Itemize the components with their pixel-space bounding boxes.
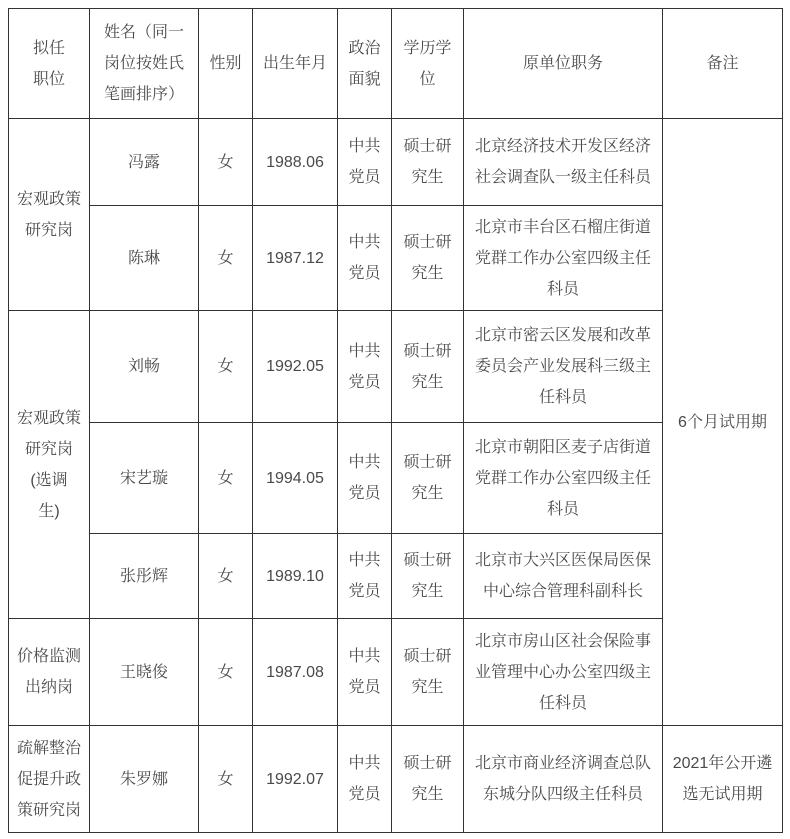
cell-birth: 1987.08: [253, 619, 338, 726]
cell-degree: 硕士研 究生: [392, 619, 464, 726]
header-cell-position: 拟任 职位: [9, 9, 90, 119]
table-row: 疏解整治 促提升政 策研究岗 朱罗娜 女 1992.07 中共 党员 硕士研 究…: [9, 726, 783, 833]
cell-prev-job: 北京市房山区社会保险事 业管理中心办公室四级主 任科员: [464, 619, 663, 726]
page: 拟任 职位 姓名（同一 岗位按姓氏 笔画排序） 性别 出生年月 政治 面貌 学历…: [0, 0, 790, 839]
cell-position: 价格监测 出纳岗: [9, 619, 90, 726]
cell-degree: 硕士研 究生: [392, 534, 464, 619]
cell-degree: 硕士研 究生: [392, 119, 464, 206]
header-cell-party: 政治 面貌: [338, 9, 392, 119]
cell-degree: 硕士研 究生: [392, 726, 464, 833]
cell-prev-job: 北京市商业经济调查总队 东城分队四级主任科员: [464, 726, 663, 833]
cell-party: 中共 党员: [338, 206, 392, 311]
cell-position: 疏解整治 促提升政 策研究岗: [9, 726, 90, 833]
cell-position-group: 宏观政策 研究岗 (选调 生): [9, 311, 90, 619]
cell-party: 中共 党员: [338, 423, 392, 534]
cell-birth: 1989.10: [253, 534, 338, 619]
cell-position-group: 宏观政策 研究岗: [9, 119, 90, 311]
cell-gender: 女: [199, 619, 253, 726]
cell-gender: 女: [199, 423, 253, 534]
cell-name: 王晓俊: [90, 619, 199, 726]
cell-name: 陈琳: [90, 206, 199, 311]
header-cell-birth: 出生年月: [253, 9, 338, 119]
cell-party: 中共 党员: [338, 119, 392, 206]
header-cell-prev-job: 原单位职务: [464, 9, 663, 119]
cell-prev-job: 北京市朝阳区麦子店街道 党群工作办公室四级主任 科员: [464, 423, 663, 534]
header-cell-gender: 性别: [199, 9, 253, 119]
cell-party: 中共 党员: [338, 619, 392, 726]
cell-remark: 2021年公开遴 选无试用期: [663, 726, 783, 833]
cell-remark-group: 6个月试用期: [663, 119, 783, 726]
cell-party: 中共 党员: [338, 726, 392, 833]
header-row: 拟任 职位 姓名（同一 岗位按姓氏 笔画排序） 性别 出生年月 政治 面貌 学历…: [9, 9, 783, 119]
cell-degree: 硕士研 究生: [392, 311, 464, 423]
cell-prev-job: 北京经济技术开发区经济 社会调查队一级主任科员: [464, 119, 663, 206]
header-cell-degree: 学历学 位: [392, 9, 464, 119]
cell-party: 中共 党员: [338, 311, 392, 423]
cell-prev-job: 北京市密云区发展和改革 委员会产业发展科三级主 任科员: [464, 311, 663, 423]
cell-degree: 硕士研 究生: [392, 423, 464, 534]
cell-birth: 1992.07: [253, 726, 338, 833]
cell-prev-job: 北京市丰台区石榴庄街道 党群工作办公室四级主任 科员: [464, 206, 663, 311]
cell-degree: 硕士研 究生: [392, 206, 464, 311]
cell-gender: 女: [199, 311, 253, 423]
cell-name: 冯露: [90, 119, 199, 206]
cell-birth: 1987.12: [253, 206, 338, 311]
cell-birth: 1988.06: [253, 119, 338, 206]
cell-gender: 女: [199, 726, 253, 833]
recruitment-table: 拟任 职位 姓名（同一 岗位按姓氏 笔画排序） 性别 出生年月 政治 面貌 学历…: [8, 8, 783, 833]
cell-name: 宋艺璇: [90, 423, 199, 534]
cell-gender: 女: [199, 206, 253, 311]
cell-prev-job: 北京市大兴区医保局医保 中心综合管理科副科长: [464, 534, 663, 619]
table-row: 宏观政策 研究岗 冯露 女 1988.06 中共 党员 硕士研 究生 北京经济技…: [9, 119, 783, 206]
header-cell-name: 姓名（同一 岗位按姓氏 笔画排序）: [90, 9, 199, 119]
cell-party: 中共 党员: [338, 534, 392, 619]
cell-name: 张彤辉: [90, 534, 199, 619]
cell-gender: 女: [199, 534, 253, 619]
cell-birth: 1992.05: [253, 311, 338, 423]
cell-birth: 1994.05: [253, 423, 338, 534]
header-cell-remark: 备注: [663, 9, 783, 119]
cell-name: 刘畅: [90, 311, 199, 423]
cell-gender: 女: [199, 119, 253, 206]
cell-name: 朱罗娜: [90, 726, 199, 833]
